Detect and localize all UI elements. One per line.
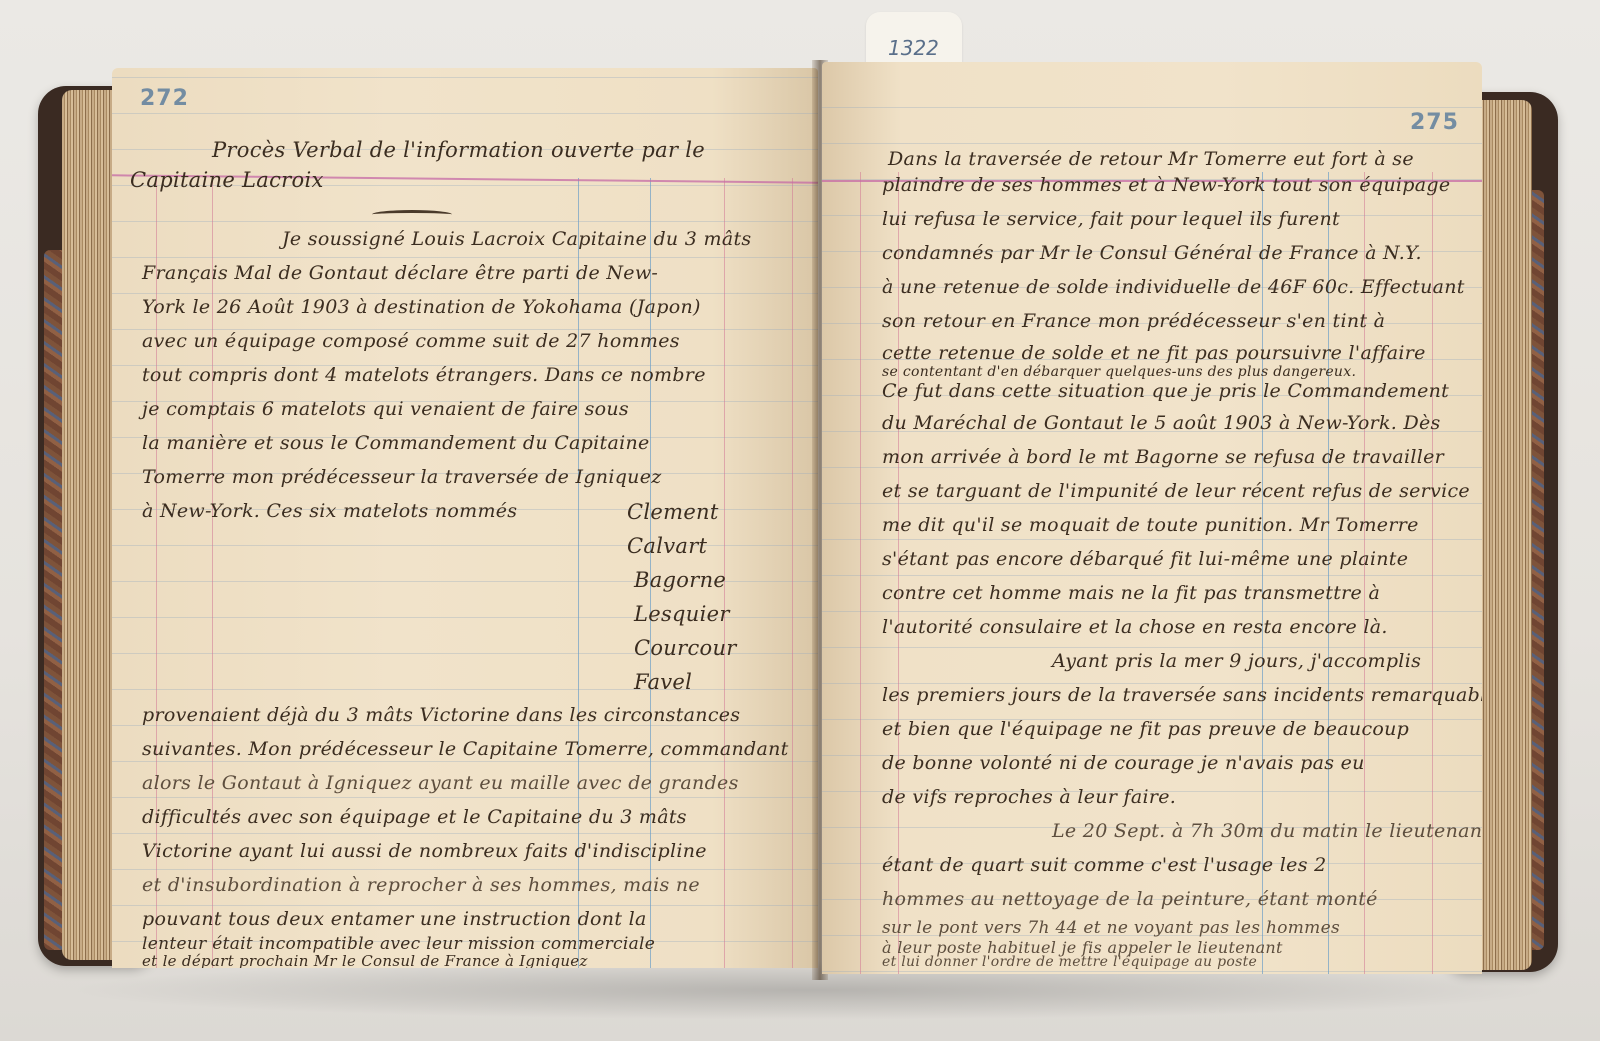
column-line <box>792 178 793 968</box>
left-page-stack <box>62 90 118 960</box>
text-line: provenaient déjà du 3 mâts Victorine dan… <box>142 704 740 726</box>
text-line: avec un équipage composé comme suit de 2… <box>142 330 680 352</box>
text-line: sur le pont vers 7h 44 et ne voyant pas … <box>882 918 1340 938</box>
text-line: de vifs reproches à leur faire. <box>882 786 1176 808</box>
text-line: et bien que l'équipage ne fit pas preuve… <box>882 718 1409 740</box>
text-line: je comptais 6 matelots qui venaient de f… <box>142 398 629 420</box>
text-line: difficultés avec son équipage et le Capi… <box>142 806 687 828</box>
sailor-name: Calvart <box>627 534 707 558</box>
text-line: lui refusa le service, fait pour lequel … <box>882 208 1340 230</box>
text-line: son retour en France mon prédécesseur s'… <box>882 310 1385 332</box>
text-line: à New-York. Ces six matelots nommés <box>142 500 517 522</box>
text-line: me dit qu'il se moquait de toute punitio… <box>882 514 1419 536</box>
text-line: Dans la traversée de retour Mr Tomerre e… <box>888 148 1414 170</box>
text-line: les premiers jours de la traversée sans … <box>882 684 1482 706</box>
text-line: l'autorité consulaire et la chose en res… <box>882 616 1388 638</box>
index-tab-label: 1322 <box>888 36 939 60</box>
text-line: du Maréchal de Gontaut le 5 août 1903 à … <box>882 412 1441 434</box>
text-line: contre cet homme mais ne la fit pas tran… <box>882 582 1380 604</box>
flourish <box>372 210 452 219</box>
page-number: 275 <box>1410 110 1459 135</box>
text-line: hommes au nettoyage de la peinture, étan… <box>882 888 1378 910</box>
text-line: cette retenue de solde et ne fit pas pou… <box>882 342 1426 364</box>
text-line: Ce fut dans cette situation que je pris … <box>882 380 1449 402</box>
text-line: la manière et sous le Commandement du Ca… <box>142 432 650 454</box>
sailor-name: Courcour <box>634 636 737 660</box>
text-line: et lui donner l'ordre de mettre l'équipa… <box>882 954 1257 970</box>
text-line: condamnés par Mr le Consul Général de Fr… <box>882 242 1422 264</box>
page-number: 272 <box>140 86 189 111</box>
sailor-name: Clement <box>627 500 719 524</box>
margin-line <box>860 172 861 974</box>
text-line: Ayant pris la mer 9 jours, j'accomplis <box>1052 650 1421 672</box>
text-line: plaindre de ses hommes et à New-York tou… <box>882 174 1450 196</box>
text-line: York le 26 Août 1903 à destination de Yo… <box>142 296 701 318</box>
sailor-name: Favel <box>634 670 692 694</box>
left-page: 272 Procès Verbal de l'information ouver… <box>112 68 818 968</box>
text-line: Français Mal de Gontaut déclare être par… <box>142 262 658 284</box>
sailor-name: Lesquier <box>634 602 730 626</box>
text-line: Je soussigné Louis Lacroix Capitaine du … <box>282 228 751 250</box>
title-line: Procès Verbal de l'information ouverte p… <box>212 138 705 162</box>
text-line: tout compris dont 4 matelots étrangers. … <box>142 364 706 386</box>
text-line: Victorine ayant lui aussi de nombreux fa… <box>142 840 707 862</box>
text-line: de bonne volonté ni de courage je n'avai… <box>882 752 1365 774</box>
text-line: suivantes. Mon prédécesseur le Capitaine… <box>142 738 789 760</box>
text-line: alors le Gontaut à Igniquez ayant eu mai… <box>142 772 739 794</box>
text-line: Tomerre mon prédécesseur la traversée de… <box>142 466 662 488</box>
text-line: étant de quart suit comme c'est l'usage … <box>882 854 1326 876</box>
text-line: Le 20 Sept. à 7h 30m du matin le lieuten… <box>1052 820 1482 842</box>
text-line: s'étant pas encore débarqué fit lui-même… <box>882 548 1408 570</box>
text-line: et se targuant de l'impunité de leur réc… <box>882 480 1470 502</box>
text-line: et d'insubordination à reprocher à ses h… <box>142 874 700 896</box>
text-line: et le départ prochain Mr le Consul de Fr… <box>142 952 588 968</box>
sailor-name: Bagorne <box>634 568 726 592</box>
text-line: pouvant tous deux entamer une instructio… <box>142 908 647 930</box>
text-line-insert: se contentant d'en débarquer quelques-un… <box>882 364 1356 380</box>
right-page: 275 Dans la traversée de retour Mr Tomer… <box>822 62 1482 974</box>
text-line: à une retenue de solde individuelle de 4… <box>882 276 1465 298</box>
text-line: lenteur était incompatible avec leur mis… <box>142 934 655 954</box>
text-line: mon arrivée à bord le mt Bagorne se refu… <box>882 446 1444 468</box>
title-line: Capitaine Lacroix <box>130 168 324 192</box>
